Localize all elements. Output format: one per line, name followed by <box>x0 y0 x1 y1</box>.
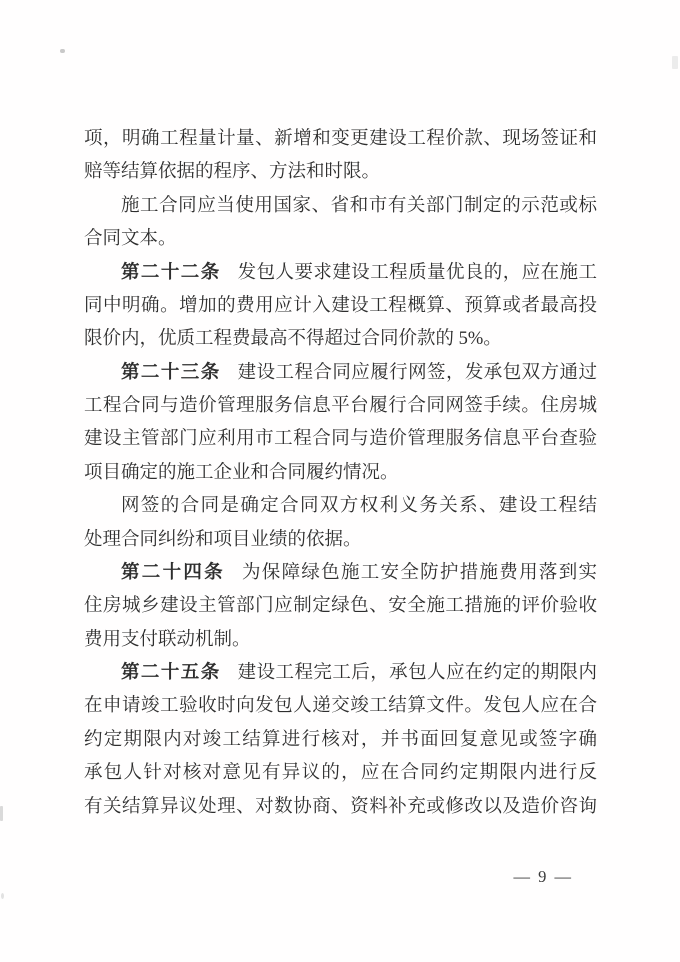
scan-speck <box>0 806 3 821</box>
text-line: 项目确定的施工企业和合同履约情况。 <box>84 457 597 490</box>
text-line: 第二十二条发包人要求建设工程质量优良的，应在施工合 <box>84 257 597 290</box>
document-body: 项，明确工程量计量、新增和变更建设工程价款、现场签证和索 赔等结算依据的程序、方… <box>84 123 597 824</box>
text-line: 施工合同应当使用国家、省和市有关部门制定的示范或标准 <box>84 190 597 223</box>
text-line: 约定期限内对竣工结算进行核对，并书面回复意见或签字确认。 <box>84 724 597 757</box>
scan-speck <box>1 893 4 899</box>
text-line: 费用支付联动机制。 <box>84 624 597 657</box>
text-line: 在申请竣工验收时向发包人递交竣工结算文件。发包人应在合同 <box>84 690 597 723</box>
article-number: 第二十四条 <box>121 563 225 583</box>
text-line: 赔等结算依据的程序、方法和时限。 <box>84 156 597 189</box>
text-line: 第二十四条为保障绿色施工安全防护措施费用落到实处， <box>84 557 597 590</box>
text-line: 同中明确。增加的费用应计入建设工程概算、预算或者最高投标 <box>84 290 597 323</box>
text-line: 承包人针对核对意见有异议的，应在合同约定期限内进行反馈。 <box>84 757 597 790</box>
page-number: — 9 — <box>514 866 574 888</box>
text-line: 有关结算异议处理、对数协商、资料补充或修改以及造价咨询企 <box>84 791 597 824</box>
scan-speck <box>60 49 65 53</box>
text-line: 合同文本。 <box>84 223 597 256</box>
text-line: 处理合同纠纷和项目业绩的依据。 <box>84 524 597 557</box>
article-number: 第二十二条 <box>121 263 221 283</box>
article-number: 第二十三条 <box>121 363 221 383</box>
document-page: 项，明确工程量计量、新增和变更建设工程价款、现场签证和索 赔等结算依据的程序、方… <box>0 0 680 962</box>
scan-speck <box>672 56 678 69</box>
text-line: 第二十五条建设工程完工后，承包人应在约定的期限内并 <box>84 657 597 690</box>
text-line: 住房城乡建设主管部门应制定绿色、安全施工措施的评价验收与 <box>84 590 597 623</box>
text-line: 网签的合同是确定合同双方权利义务关系、建设工程结算、 <box>84 490 597 523</box>
article-number: 第二十五条 <box>121 663 221 683</box>
text-line: 项，明确工程量计量、新增和变更建设工程价款、现场签证和索 <box>84 123 597 156</box>
text-line: 建设主管部门应利用市工程合同与造价管理服务信息平台查验 <box>84 423 597 456</box>
text-line: 工程合同与造价管理服务信息平台履行合同网签手续。住房城乡 <box>84 390 597 423</box>
text-line: 第二十三条建设工程合同应履行网签，发承包双方通过市 <box>84 357 597 390</box>
text-line: 限价内，优质工程费最高不得超过合同价款的 5%。 <box>84 323 597 356</box>
